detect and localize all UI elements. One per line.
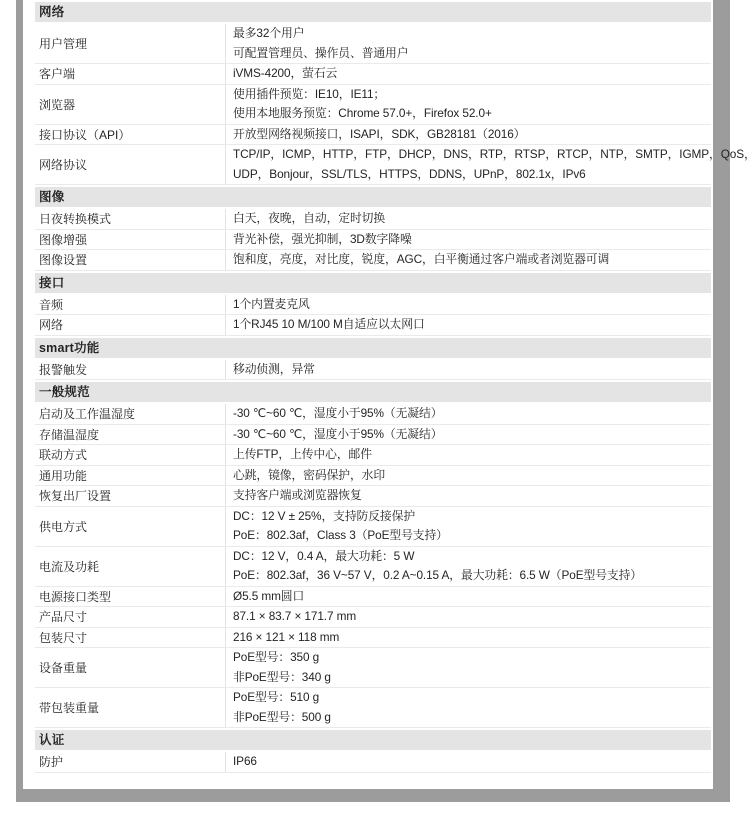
spec-label: 供电方式 xyxy=(35,507,225,546)
spec-value: 使用插件预览：IE10，IE11；使用本地服务预览：Chrome 57.0+，F… xyxy=(225,85,711,124)
table-row: 供电方式DC：12 V ± 25%，支持防反接保护PoE：802.3af，Cla… xyxy=(35,507,711,547)
spec-label: 网络 xyxy=(35,315,225,335)
spec-label: 接口协议（API） xyxy=(35,125,225,145)
spec-value-line: 最多32个用户 xyxy=(233,24,711,44)
table-row: 存储温湿度-30 ℃~60 ℃，湿度小于95%（无凝结） xyxy=(35,425,711,446)
spec-label: 通用功能 xyxy=(35,466,225,486)
spec-value-line: 1个内置麦克风 xyxy=(233,295,711,315)
table-row: 接口协议（API）开放型网络视频接口，ISAPI，SDK，GB28181（201… xyxy=(35,125,711,146)
table-row: 设备重量PoE型号：350 g非PoE型号：340 g xyxy=(35,648,711,688)
spec-value-line: 1个RJ45 10 M/100 M自适应以太网口 xyxy=(233,315,711,335)
spec-card: 网络用户管理最多32个用户可配置管理员、操作员、普通用户客户端iVMS-4200… xyxy=(23,0,713,789)
spec-value-line: 87.1 × 83.7 × 171.7 mm xyxy=(233,607,711,627)
section-header: 接口 xyxy=(35,273,711,293)
spec-label: 电流及功耗 xyxy=(35,547,225,586)
spec-label: 图像增强 xyxy=(35,230,225,250)
spec-label: 启动及工作温湿度 xyxy=(35,404,225,424)
spec-value: 1个内置麦克风 xyxy=(225,295,711,315)
spec-value-line: 开放型网络视频接口，ISAPI，SDK，GB28181（2016） xyxy=(233,125,711,145)
section-header: 网络 xyxy=(35,2,711,22)
spec-label: 浏览器 xyxy=(35,85,225,124)
table-row: 带包装重量PoE型号：510 g非PoE型号：500 g xyxy=(35,688,711,728)
spec-value: PoE型号：350 g非PoE型号：340 g xyxy=(225,648,711,687)
spec-value: 87.1 × 83.7 × 171.7 mm xyxy=(225,607,711,627)
spec-value-line: 心跳，镜像，密码保护，水印 xyxy=(233,466,711,486)
table-row: 防护IP66 xyxy=(35,752,711,773)
spec-label: 存储温湿度 xyxy=(35,425,225,445)
spec-value: DC：12 V ± 25%，支持防反接保护PoE：802.3af，Class 3… xyxy=(225,507,711,546)
table-row: 报警触发移动侦测，异常 xyxy=(35,360,711,381)
spec-value-line: IP66 xyxy=(233,752,711,772)
spec-value: 支持客户端或浏览器恢复 xyxy=(225,486,711,506)
spec-value-line: TCP/IP，ICMP，HTTP，FTP，DHCP，DNS，RTP，RTSP，R… xyxy=(233,145,750,165)
spec-value-line: PoE：802.3af，36 V~57 V，0.2 A~0.15 A，最大功耗：… xyxy=(233,566,711,586)
spec-label: 设备重量 xyxy=(35,648,225,687)
spec-value-line: 使用本地服务预览：Chrome 57.0+，Firefox 52.0+ xyxy=(233,104,711,124)
spec-value: 216 × 121 × 118 mm xyxy=(225,628,711,648)
table-row: 电源接口类型Ø5.5 mm圆口 xyxy=(35,587,711,608)
table-row: 浏览器使用插件预览：IE10，IE11；使用本地服务预览：Chrome 57.0… xyxy=(35,85,711,125)
spec-value: 最多32个用户可配置管理员、操作员、普通用户 xyxy=(225,24,711,63)
spec-value: Ø5.5 mm圆口 xyxy=(225,587,711,607)
spec-value: 开放型网络视频接口，ISAPI，SDK，GB28181（2016） xyxy=(225,125,711,145)
spec-value: -30 ℃~60 ℃，湿度小于95%（无凝结） xyxy=(225,425,711,445)
spec-value: DC：12 V，0.4 A，最大功耗：5 WPoE：802.3af，36 V~5… xyxy=(225,547,711,586)
section-header: smart功能 xyxy=(35,338,711,358)
table-row: 日夜转换模式白天，夜晚，自动，定时切换 xyxy=(35,209,711,230)
spec-value-line: -30 ℃~60 ℃，湿度小于95%（无凝结） xyxy=(233,425,711,445)
table-row: 客户端iVMS-4200，萤石云 xyxy=(35,64,711,85)
spec-label: 防护 xyxy=(35,752,225,772)
table-row: 图像增强背光补偿，强光抑制，3D数字降噪 xyxy=(35,230,711,251)
spec-value: -30 ℃~60 ℃，湿度小于95%（无凝结） xyxy=(225,404,711,424)
spec-label: 网络协议 xyxy=(35,145,225,184)
table-row: 用户管理最多32个用户可配置管理员、操作员、普通用户 xyxy=(35,24,711,64)
spec-label: 联动方式 xyxy=(35,445,225,465)
spec-value-line: -30 ℃~60 ℃，湿度小于95%（无凝结） xyxy=(233,404,711,424)
spec-value: 白天，夜晚，自动，定时切换 xyxy=(225,209,711,229)
spec-value: 上传FTP，上传中心，邮件 xyxy=(225,445,711,465)
section-header: 认证 xyxy=(35,730,711,750)
spec-table: 网络用户管理最多32个用户可配置管理员、操作员、普通用户客户端iVMS-4200… xyxy=(35,2,711,773)
spec-value-line: 支持客户端或浏览器恢复 xyxy=(233,486,711,506)
spec-value-line: Ø5.5 mm圆口 xyxy=(233,587,711,607)
table-row: 包装尺寸216 × 121 × 118 mm xyxy=(35,628,711,649)
spec-label: 音频 xyxy=(35,295,225,315)
spec-value-line: 背光补偿，强光抑制，3D数字降噪 xyxy=(233,230,711,250)
table-row: 产品尺寸87.1 × 83.7 × 171.7 mm xyxy=(35,607,711,628)
table-row: 网络1个RJ45 10 M/100 M自适应以太网口 xyxy=(35,315,711,336)
table-row: 启动及工作温湿度-30 ℃~60 ℃，湿度小于95%（无凝结） xyxy=(35,404,711,425)
table-row: 联动方式上传FTP，上传中心，邮件 xyxy=(35,445,711,466)
spec-label: 电源接口类型 xyxy=(35,587,225,607)
spec-value-line: DC：12 V，0.4 A，最大功耗：5 W xyxy=(233,547,711,567)
spec-label: 用户管理 xyxy=(35,24,225,63)
spec-label: 产品尺寸 xyxy=(35,607,225,627)
spec-value: 饱和度，亮度，对比度，锐度，AGC，白平衡通过客户端或者浏览器可调 xyxy=(225,250,711,270)
spec-value: 心跳，镜像，密码保护，水印 xyxy=(225,466,711,486)
table-row: 电流及功耗DC：12 V，0.4 A，最大功耗：5 WPoE：802.3af，3… xyxy=(35,547,711,587)
table-row: 网络协议TCP/IP，ICMP，HTTP，FTP，DHCP，DNS，RTP，RT… xyxy=(35,145,711,185)
table-row: 音频1个内置麦克风 xyxy=(35,295,711,316)
spec-value-line: 白天，夜晚，自动，定时切换 xyxy=(233,209,711,229)
section-header: 图像 xyxy=(35,187,711,207)
spec-value-line: 可配置管理员、操作员、普通用户 xyxy=(233,44,711,64)
spec-value-line: DC：12 V ± 25%，支持防反接保护 xyxy=(233,507,711,527)
spec-value: IP66 xyxy=(225,752,711,772)
spec-value-line: 移动侦测，异常 xyxy=(233,360,711,380)
spec-label: 客户端 xyxy=(35,64,225,84)
spec-value-line: PoE：802.3af，Class 3（PoE型号支持） xyxy=(233,526,711,546)
spec-value: PoE型号：510 g非PoE型号：500 g xyxy=(225,688,711,727)
spec-value-line: 非PoE型号：500 g xyxy=(233,708,711,728)
table-row: 恢复出厂设置支持客户端或浏览器恢复 xyxy=(35,486,711,507)
spec-label: 包装尺寸 xyxy=(35,628,225,648)
section-header: 一般规范 xyxy=(35,382,711,402)
page: 网络用户管理最多32个用户可配置管理员、操作员、普通用户客户端iVMS-4200… xyxy=(0,0,750,824)
spec-value: 移动侦测，异常 xyxy=(225,360,711,380)
spec-label: 图像设置 xyxy=(35,250,225,270)
spec-label: 恢复出厂设置 xyxy=(35,486,225,506)
spec-value: iVMS-4200，萤石云 xyxy=(225,64,711,84)
table-row: 图像设置饱和度，亮度，对比度，锐度，AGC，白平衡通过客户端或者浏览器可调 xyxy=(35,250,711,271)
spec-label: 带包装重量 xyxy=(35,688,225,727)
spec-value-line: PoE型号：350 g xyxy=(233,648,711,668)
spec-label: 报警触发 xyxy=(35,360,225,380)
spec-label: 日夜转换模式 xyxy=(35,209,225,229)
spec-value-line: PoE型号：510 g xyxy=(233,688,711,708)
spec-value-line: iVMS-4200，萤石云 xyxy=(233,64,711,84)
table-row: 通用功能心跳，镜像，密码保护，水印 xyxy=(35,466,711,487)
spec-value-line: UDP，Bonjour，SSL/TLS，HTTPS，DDNS，UPnP，802.… xyxy=(233,165,750,185)
spec-value-line: 使用插件预览：IE10，IE11； xyxy=(233,85,711,105)
spec-value: 背光补偿，强光抑制，3D数字降噪 xyxy=(225,230,711,250)
spec-value-line: 饱和度，亮度，对比度，锐度，AGC，白平衡通过客户端或者浏览器可调 xyxy=(233,250,711,270)
spec-value-line: 216 × 121 × 118 mm xyxy=(233,628,711,648)
spec-value: TCP/IP，ICMP，HTTP，FTP，DHCP，DNS，RTP，RTSP，R… xyxy=(225,145,750,184)
spec-value-line: 上传FTP，上传中心，邮件 xyxy=(233,445,711,465)
spec-value: 1个RJ45 10 M/100 M自适应以太网口 xyxy=(225,315,711,335)
spec-value-line: 非PoE型号：340 g xyxy=(233,668,711,688)
